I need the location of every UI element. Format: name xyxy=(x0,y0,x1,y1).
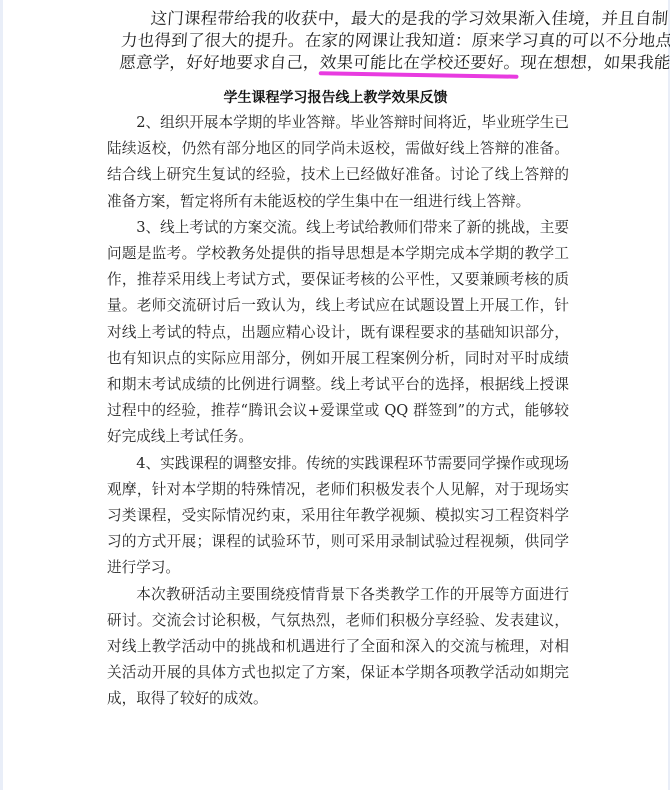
paragraph-practice-course: 4、实践课程的调整安排。传统的实践课程环节需要同学操作或现场观摩，针对本学期的特… xyxy=(107,451,569,582)
document-page: 这门课程带给我的收获中，最大的是我的学习效果渐入佳境，并且自制 力也得到了很大的… xyxy=(3,0,668,790)
highlighted-phrase: 效果可能比在学校还要好。 xyxy=(319,53,521,72)
handwritten-line: 愿意学，好好地要求自己，效果可能比在学校还要好。现在想想，如果我能拿 xyxy=(119,52,561,74)
handwritten-line: 这门课程带给我的收获中，最大的是我的学习效果渐入佳境，并且自制 xyxy=(122,8,564,30)
paragraph-graduation-defense: 2、组织开展本学期的毕业答辩。毕业答辩时间将近，毕业班学生已陆续返校，仍然有部分… xyxy=(107,110,569,215)
document-title: 学生课程学习报告线上教学效果反馈 xyxy=(3,87,668,107)
paragraph-online-exam: 3、线上考试的方案交流。线上考试给教师们带来了新的挑战，主要问题是监考。学校教务… xyxy=(107,215,569,451)
paragraph-summary: 本次教研活动主要围绕疫情背景下各类教学工作的开展等方面进行研讨。交流会讨论积极，… xyxy=(107,582,569,713)
handwritten-line: 力也得到了很大的提升。在家的网课让我知道：原来学习真的可以不分地点，只要 xyxy=(120,30,562,52)
handwritten-line-end: 现在想想，如果我能拿 xyxy=(520,53,670,72)
handwritten-excerpt: 这门课程带给我的收获中，最大的是我的学习效果渐入佳境，并且自制 力也得到了很大的… xyxy=(119,8,564,74)
handwritten-line-start: 愿意学，好好地要求自己， xyxy=(119,53,321,72)
document-body: 2、组织开展本学期的毕业答辩。毕业答辩时间将近，毕业班学生已陆续返校，仍然有部分… xyxy=(107,110,569,713)
